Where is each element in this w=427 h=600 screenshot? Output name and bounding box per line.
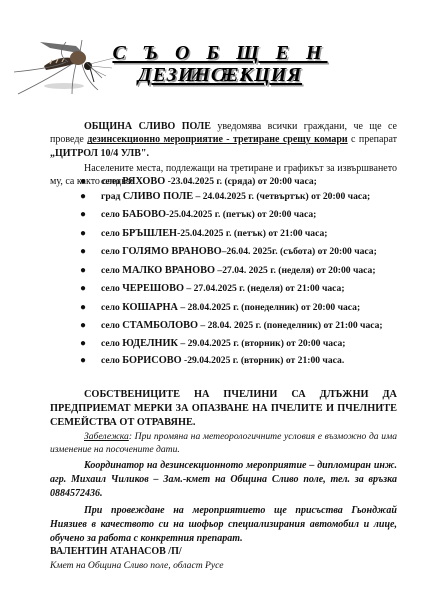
schedule-date-time: –27.04. 2025 г. (неделя) от 20:00 часа; bbox=[215, 265, 376, 276]
schedule-date-time: – 28.04.2025 г. (понеделник) от 20:00 ча… bbox=[178, 302, 360, 313]
schedule-date-time: -23.04.2025 г. (сряда) от 20:00 часа; bbox=[165, 176, 317, 187]
settlement-type: село bbox=[101, 283, 120, 294]
weather-note: Забележка: При промяна на метеорологични… bbox=[50, 430, 397, 457]
schedule-date-time: -29.04.2025 г. (вторник) от 21:00 часа. bbox=[182, 355, 345, 366]
bullet-icon: ● bbox=[80, 302, 86, 313]
settlement-type: село bbox=[101, 209, 120, 220]
bullet-icon: ● bbox=[80, 176, 86, 187]
product-name: „ЦИТРОЛ 10/4 УЛВ". bbox=[50, 148, 149, 159]
bullet-icon: ● bbox=[80, 355, 86, 366]
schedule-date-time: – 27.04.2025 г. (неделя) от 21:00 часа; bbox=[184, 283, 345, 294]
settlement-name: РЯХОВО bbox=[122, 176, 165, 187]
coordinator-paragraph: Координатор на дезинсекционното мероприя… bbox=[50, 459, 397, 501]
municipality-name: ОБЩИНА СЛИВО ПОЛЕ bbox=[84, 121, 211, 132]
schedule-date-time: – 24.04.2025 г. (четвъртък) от 20:00 час… bbox=[193, 191, 370, 202]
settlement-name: БРЪШЛЕН bbox=[122, 228, 177, 239]
bullet-icon: ● bbox=[80, 320, 86, 331]
settlement-name: БАБОВО bbox=[122, 209, 166, 220]
settlement-name: БОРИСОВО bbox=[122, 355, 181, 366]
settlement-type: село bbox=[101, 176, 120, 187]
bullet-icon: ● bbox=[80, 191, 86, 202]
note-label: Забележка bbox=[84, 431, 129, 442]
bullet-icon: ● bbox=[80, 283, 86, 294]
settlement-type: село bbox=[101, 355, 120, 366]
schedule-date-time: –26.04. 2025г. (събота) от 20:00 часа; bbox=[222, 246, 377, 257]
settlement-name: ГОЛЯМО ВРАНОВО bbox=[122, 246, 221, 257]
signatory-name: ВАЛЕНТИН АТАНАСОВ /П/ bbox=[50, 546, 182, 557]
schedule-date-time: -25.04.2025 г. (петък) от 20:00 часа; bbox=[166, 209, 316, 220]
settlement-name: МАЛКО ВРАНОВО bbox=[122, 265, 215, 276]
settlement-type: село bbox=[101, 228, 120, 239]
signatory-role: Кмет на Община Сливо поле, област Русе bbox=[50, 560, 224, 571]
schedule-date-time: -25.04.2025 г. (петък) от 21:00 часа; bbox=[177, 228, 327, 239]
intro-paragraph: ОБЩИНА СЛИВО ПОЛЕ уведомява всички гражд… bbox=[50, 120, 397, 160]
schedule-date-time: – 28.04. 2025 г. (понеделник) от 21:00 ч… bbox=[198, 320, 383, 331]
beekeepers-warning: СОБСТВЕНИЦИТЕ НА ПЧЕЛИНИ СА ДЛЪЖНИ ДА ПР… bbox=[50, 388, 397, 430]
settlement-name: СЛИВО ПОЛЕ bbox=[123, 191, 193, 202]
bullet-icon: ● bbox=[80, 265, 86, 276]
bullet-icon: ● bbox=[80, 228, 86, 239]
settlement-name: ЮДЕЛНИК bbox=[122, 338, 178, 349]
settlement-name: КОШАРНА bbox=[122, 302, 178, 313]
page-title-line-2: ДЕЗИНСЕКЦИЯ bbox=[100, 64, 340, 86]
schedule-date-time: – 29.04.2025 г. (вторник) от 20:00 часа; bbox=[178, 338, 345, 349]
bullet-icon: ● bbox=[80, 246, 86, 257]
bullet-icon: ● bbox=[80, 338, 86, 349]
settlement-name: ЧЕРЕШОВО bbox=[122, 283, 184, 294]
event-description: дезинсекционно мероприятие - третиране с… bbox=[87, 134, 347, 145]
bullet-icon: ● bbox=[80, 209, 86, 220]
settlement-type: село bbox=[101, 246, 120, 257]
settlement-type: село bbox=[101, 320, 120, 331]
settlement-type: село bbox=[101, 265, 120, 276]
intro-text-2: с препарат bbox=[348, 134, 397, 145]
settlement-type: град bbox=[101, 191, 120, 202]
settlement-type: село bbox=[101, 338, 120, 349]
settlement-type: село bbox=[101, 302, 120, 313]
driver-paragraph: При провеждане на мероприятието ще присъ… bbox=[50, 504, 397, 546]
settlement-name: СТАМБОЛОВО bbox=[122, 320, 198, 331]
